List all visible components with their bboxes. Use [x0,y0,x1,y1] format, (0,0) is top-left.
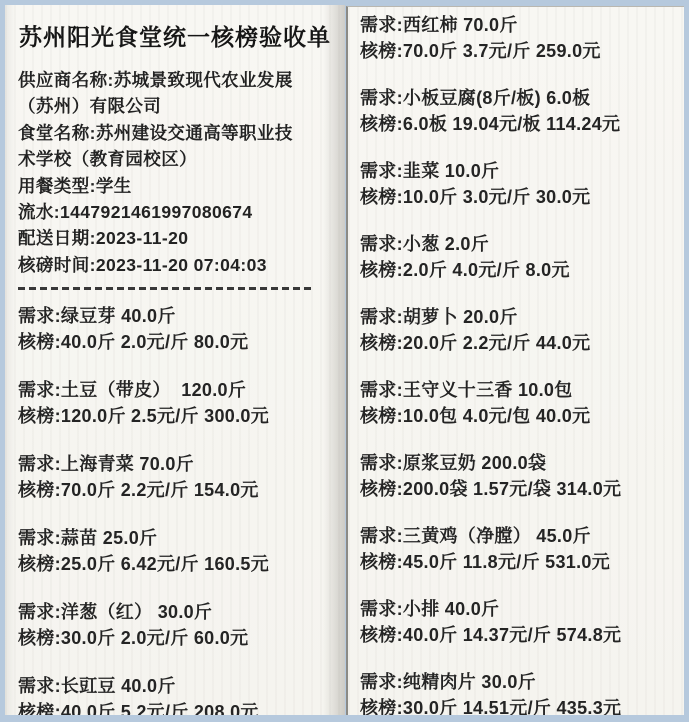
receipt-item: 需求:长豇豆 40.0斤 核榜:40.0斤 5.2元/斤 208.0元 [18,673,345,715]
item-list-right: 需求:西红柿 70.0斤 核榜:70.0斤 3.7元/斤 259.0元 需求:小… [360,12,684,715]
item-demand-line: 需求:上海青菜 70.0斤 [18,451,345,477]
receipt-header-line: 用餐类型:学生 [18,173,345,199]
item-check-line: 核榜:30.0斤 2.0元/斤 60.0元 [18,625,345,651]
receipt-item: 需求:小排 40.0斤 核榜:40.0斤 14.37元/斤 574.8元 [360,596,684,648]
item-demand-line: 需求:土豆（带皮） 120.0斤 [18,377,345,403]
receipt-item: 需求:上海青菜 70.0斤 核榜:70.0斤 2.2元/斤 154.0元 [18,451,345,503]
item-check-line: 核榜:2.0斤 4.0元/斤 8.0元 [360,257,684,283]
item-demand-line: 需求:韭菜 10.0斤 [360,158,684,184]
receipt-item: 需求:土豆（带皮） 120.0斤 核榜:120.0斤 2.5元/斤 300.0元 [18,377,345,429]
item-check-line: 核榜:200.0袋 1.57元/袋 314.0元 [360,476,684,502]
item-check-line: 核榜:45.0斤 11.8元/斤 531.0元 [360,549,684,575]
receipt-title: 苏州阳光食堂统一核榜验收单 [5,19,345,52]
item-demand-line: 需求:小葱 2.0斤 [360,231,684,257]
item-check-line: 核榜:6.0板 19.04元/板 114.24元 [360,111,684,137]
item-check-line: 核榜:40.0斤 5.2元/斤 208.0元 [18,699,345,715]
item-demand-line: 需求:蒜苗 25.0斤 [18,525,345,551]
receipt-item: 需求:西红柿 70.0斤 核榜:70.0斤 3.7元/斤 259.0元 [360,12,684,64]
item-check-line: 核榜:70.0斤 3.7元/斤 259.0元 [360,38,684,64]
item-check-line: 核榜:40.0斤 14.37元/斤 574.8元 [360,622,684,648]
receipt-header-line: 核磅时间:2023-11-20 07:04:03 [18,252,345,278]
item-demand-line: 需求:王守义十三香 10.0包 [360,377,684,403]
item-demand-line: 需求:小板豆腐(8斤/板) 6.0板 [360,85,684,111]
receipt-item: 需求:韭菜 10.0斤 核榜:10.0斤 3.0元/斤 30.0元 [360,158,684,210]
receipt-header-line: 流水:1447921461997080674 [18,199,345,225]
receipt-header-line: 术学校（教育园校区） [18,146,345,172]
receipt-item: 需求:小板豆腐(8斤/板) 6.0板 核榜:6.0板 19.04元/板 114.… [360,85,684,137]
receipt-header-line: 供应商名称:苏城景致现代农业发展 [18,67,345,93]
dashed-divider [18,287,314,290]
item-check-line: 核榜:20.0斤 2.2元/斤 44.0元 [360,330,684,356]
receipt-header-line: 配送日期:2023-11-20 [18,225,345,251]
item-demand-line: 需求:西红柿 70.0斤 [360,12,684,38]
item-demand-line: 需求:小排 40.0斤 [360,596,684,622]
receipt-item: 需求:三黄鸡（净膛） 45.0斤 核榜:45.0斤 11.8元/斤 531.0元 [360,523,684,575]
photo-frame: 苏州阳光食堂统一核榜验收单 供应商名称:苏城景致现代农业发展 （苏州）有限公司 … [0,0,689,722]
receipt-item: 需求:王守义十三香 10.0包 核榜:10.0包 4.0元/包 40.0元 [360,377,684,429]
receipt-header-line: （苏州）有限公司 [18,93,345,119]
item-check-line: 核榜:120.0斤 2.5元/斤 300.0元 [18,403,345,429]
receipt-header-line: 食堂名称:苏州建设交通高等职业技 [18,120,345,146]
item-check-line: 核榜:10.0斤 3.0元/斤 30.0元 [360,184,684,210]
item-demand-line: 需求:长豇豆 40.0斤 [18,673,345,699]
receipt-item: 需求:绿豆芽 40.0斤 核榜:40.0斤 2.0元/斤 80.0元 [18,303,345,355]
receipt-left-page: 苏州阳光食堂统一核榜验收单 供应商名称:苏城景致现代农业发展 （苏州）有限公司 … [5,5,345,715]
receipt-header-block: 供应商名称:苏城景致现代农业发展 （苏州）有限公司 食堂名称:苏州建设交通高等职… [18,67,345,278]
receipt-item: 需求:小葱 2.0斤 核榜:2.0斤 4.0元/斤 8.0元 [360,231,684,283]
item-demand-line: 需求:胡萝卜 20.0斤 [360,304,684,330]
item-list-left: 需求:绿豆芽 40.0斤 核榜:40.0斤 2.0元/斤 80.0元 需求:土豆… [18,303,345,715]
receipt-right-page: 需求:西红柿 70.0斤 核榜:70.0斤 3.7元/斤 259.0元 需求:小… [346,6,684,715]
receipt-item: 需求:纯精肉片 30.0斤 核榜:30.0斤 14.51元/斤 435.3元 [360,669,684,715]
item-demand-line: 需求:洋葱（红） 30.0斤 [18,599,345,625]
item-demand-line: 需求:三黄鸡（净膛） 45.0斤 [360,523,684,549]
receipt-item: 需求:蒜苗 25.0斤 核榜:25.0斤 6.42元/斤 160.5元 [18,525,345,577]
item-check-line: 核榜:25.0斤 6.42元/斤 160.5元 [18,551,345,577]
receipt-item: 需求:原浆豆奶 200.0袋 核榜:200.0袋 1.57元/袋 314.0元 [360,450,684,502]
item-check-line: 核榜:70.0斤 2.2元/斤 154.0元 [18,477,345,503]
item-demand-line: 需求:纯精肉片 30.0斤 [360,669,684,695]
item-check-line: 核榜:30.0斤 14.51元/斤 435.3元 [360,695,684,715]
item-check-line: 核榜:40.0斤 2.0元/斤 80.0元 [18,329,345,355]
receipt-item: 需求:洋葱（红） 30.0斤 核榜:30.0斤 2.0元/斤 60.0元 [18,599,345,651]
item-demand-line: 需求:原浆豆奶 200.0袋 [360,450,684,476]
receipt-item: 需求:胡萝卜 20.0斤 核榜:20.0斤 2.2元/斤 44.0元 [360,304,684,356]
item-demand-line: 需求:绿豆芽 40.0斤 [18,303,345,329]
item-check-line: 核榜:10.0包 4.0元/包 40.0元 [360,403,684,429]
